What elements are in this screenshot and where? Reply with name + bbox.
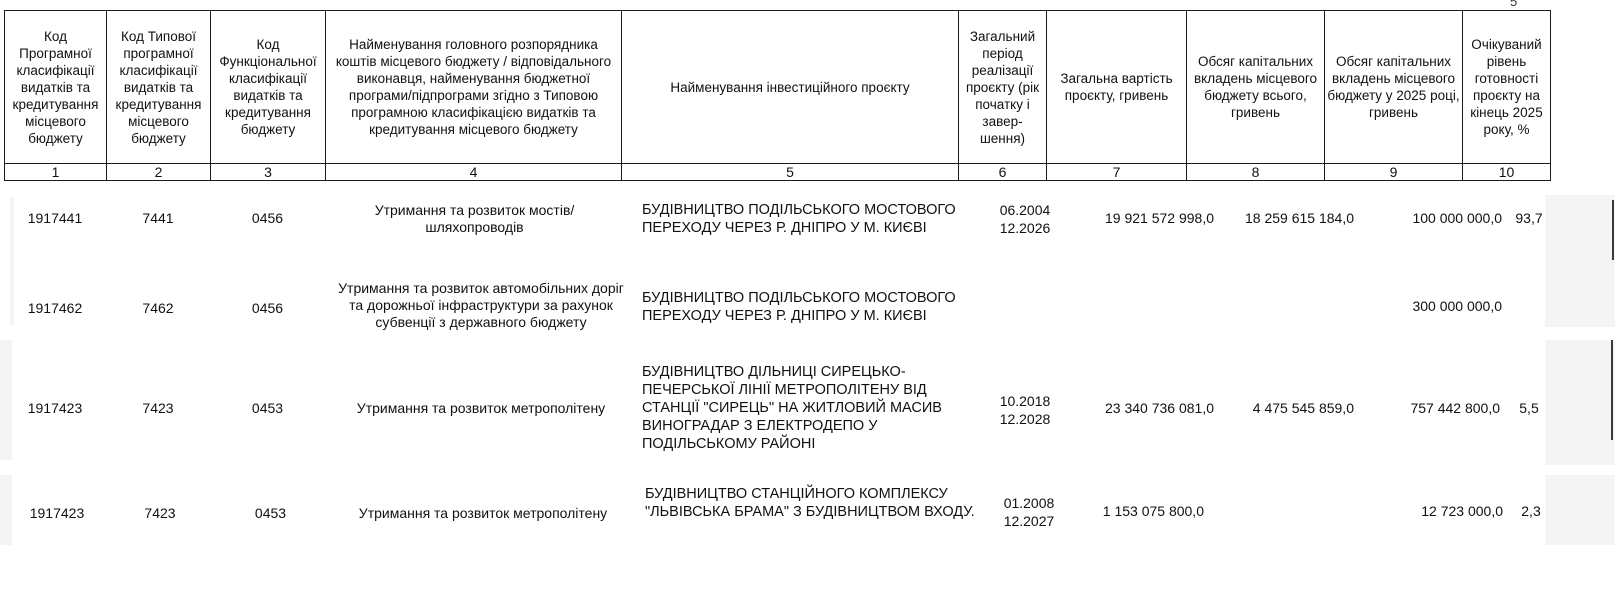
readiness: 93,7 xyxy=(1504,210,1554,227)
readiness: 2,3 xyxy=(1506,503,1556,520)
program-code: 1917423 xyxy=(4,400,106,417)
period-start: 10.2018 xyxy=(990,392,1060,410)
period-start: 06.2004 xyxy=(990,201,1060,219)
capital-2025: 100 000 000,0 xyxy=(1340,210,1502,227)
project-name: БУДІВНИЦТВО ДІЛЬНИЦІ СИРЕЦЬКО-ПЕЧЕРСЬКОЇ… xyxy=(642,363,987,453)
column-number: 10 xyxy=(1463,164,1551,181)
typical-code: 7441 xyxy=(106,210,210,227)
header-capital-total: Обсяг капітальних вкладень місцевого бюд… xyxy=(1187,11,1325,164)
header-capital-2025: Обсяг капітальних вкладень місцевого бюд… xyxy=(1325,11,1463,164)
program-code: 1917423 xyxy=(6,505,108,522)
program-code: 1917462 xyxy=(4,300,106,317)
program-name: Утримання та розвиток метрополітену xyxy=(330,400,632,417)
program-code: 1917441 xyxy=(4,210,106,227)
project-name: БУДІВНИЦТВО ПОДІЛЬСЬКОГО МОСТОВОГО ПЕРЕХ… xyxy=(642,201,982,237)
column-number: 9 xyxy=(1325,164,1463,181)
typical-code: 7462 xyxy=(106,300,210,317)
program-name: Утримання та розвиток метрополітену xyxy=(332,505,634,522)
period-start: 01.2008 xyxy=(994,494,1064,512)
capital-total: 4 475 545 859,0 xyxy=(1200,400,1354,417)
capital-2025: 757 442 800,0 xyxy=(1340,400,1500,417)
header-project-name: Найменування інвестиційного проєкту xyxy=(622,11,959,164)
capital-2025: 12 723 000,0 xyxy=(1340,503,1503,520)
capital-total: 18 259 615 184,0 xyxy=(1200,210,1354,227)
program-name: Утримання та розвиток автомобільних дорі… xyxy=(330,280,632,335)
program-name: Утримання та розвиток мостів/шляхопровод… xyxy=(332,202,617,236)
column-number: 4 xyxy=(326,164,622,181)
functional-code: 0453 xyxy=(213,505,328,522)
column-number: 1 xyxy=(5,164,107,181)
header-program-name: Найменування головного розпорядника кошт… xyxy=(326,11,622,164)
total-cost: 1 153 075 800,0 xyxy=(1060,503,1204,520)
page-marker: 5 xyxy=(1510,0,1517,9)
header-program-code: Код Програмної класифікації видатків та … xyxy=(5,11,107,164)
header-readiness: Очікуваний рівень готовності проєкту на … xyxy=(1463,11,1551,164)
total-cost: 23 340 736 081,0 xyxy=(1060,400,1214,417)
column-number: 8 xyxy=(1187,164,1325,181)
project-name: БУДІВНИЦТВО ПОДІЛЬСЬКОГО МОСТОВОГО ПЕРЕХ… xyxy=(642,289,982,325)
column-number: 3 xyxy=(211,164,326,181)
period-end: 12.2026 xyxy=(990,219,1060,237)
column-number: 6 xyxy=(959,164,1047,181)
header-functional-code: Код Функціональної класифікації видатків… xyxy=(211,11,326,164)
header-total-cost: Загальна вартість проєкту, гривень xyxy=(1047,11,1187,164)
functional-code: 0456 xyxy=(210,300,325,317)
functional-code: 0456 xyxy=(210,210,325,227)
readiness: 5,5 xyxy=(1504,400,1554,417)
header-typical-code: Код Типової програмної класифікації вида… xyxy=(107,11,211,164)
typical-code: 7423 xyxy=(106,400,210,417)
capital-2025: 300 000 000,0 xyxy=(1340,298,1502,315)
column-number: 5 xyxy=(622,164,959,181)
header-period: Загальний період реалізації проєкту (рік… xyxy=(959,11,1047,164)
typical-code: 7423 xyxy=(108,505,212,522)
period-end: 12.2027 xyxy=(994,512,1064,530)
period-end: 12.2028 xyxy=(990,410,1060,428)
total-cost: 19 921 572 998,0 xyxy=(1060,210,1214,227)
functional-code: 0453 xyxy=(210,400,325,417)
table-header: Код Програмної класифікації видатків та … xyxy=(4,10,1551,181)
column-number: 7 xyxy=(1047,164,1187,181)
column-number: 2 xyxy=(107,164,211,181)
project-name: БУДІВНИЦТВО СТАНЦІЙНОГО КОМПЛЕКСУ "ЛЬВІВ… xyxy=(645,485,985,521)
